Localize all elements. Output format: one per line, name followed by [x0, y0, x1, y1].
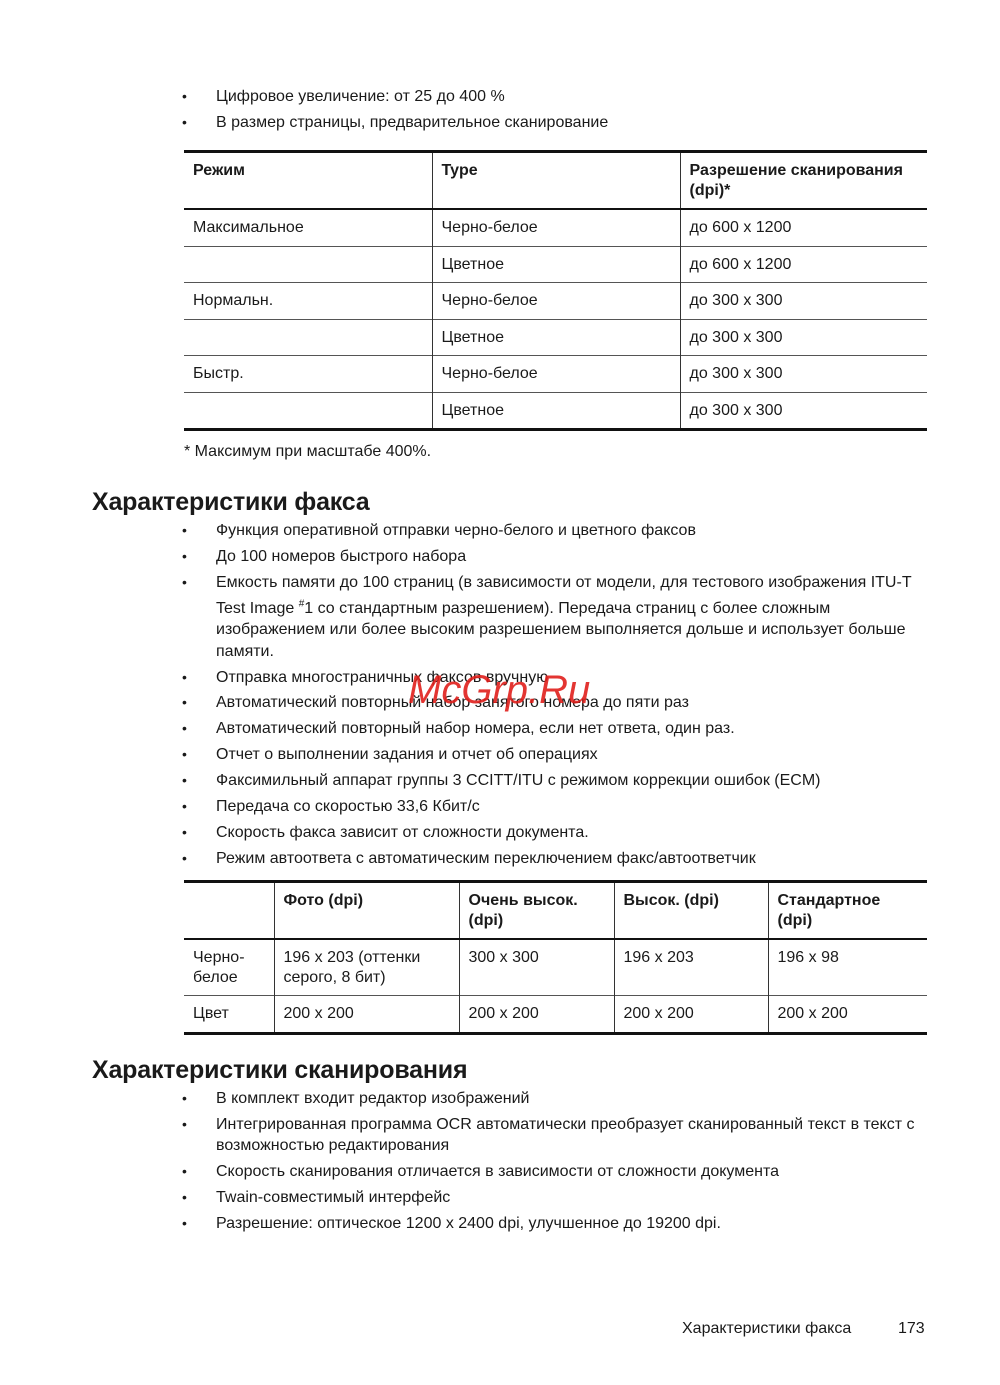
table-cell: Черно-белое [432, 356, 680, 393]
table-cell: до 300 x 300 [680, 283, 927, 320]
copy-resolution-table: Режим Type Разрешение сканирования (dpi)… [184, 150, 927, 431]
list-item: •До 100 номеров быстрого набора [0, 546, 936, 568]
table-cell: Черно-белое [432, 283, 680, 320]
column-header: Разрешение сканирования (dpi)* [680, 152, 927, 210]
bullet-icon: • [182, 1187, 187, 1209]
bullet-icon: • [182, 520, 187, 542]
section-title-scan: Характеристики сканирования [92, 1056, 467, 1085]
table-cell: Нормальн. [184, 283, 432, 320]
bullet-icon: • [182, 822, 187, 844]
list-item: •Интегрированная программа OCR автоматич… [0, 1114, 936, 1157]
table-cell: Черно-белое [184, 939, 274, 996]
list-item: •Скорость факса зависит от сложности док… [0, 822, 936, 844]
table-cell: 200 x 200 [614, 996, 768, 1034]
table-row: Быстр.Черно-белоедо 300 x 300 [184, 356, 927, 393]
table-row: Цвет200 x 200200 x 200200 x 200200 x 200 [184, 996, 927, 1034]
table-cell [184, 392, 432, 430]
table-row: Цветноедо 300 x 300 [184, 319, 927, 356]
bullet-icon: • [182, 770, 187, 792]
column-header [184, 882, 274, 940]
table-cell: 196 x 203 [614, 939, 768, 996]
table-cell: 196 x 203 (оттенки серого, 8 бит) [274, 939, 459, 996]
bullet-icon: • [182, 1161, 187, 1183]
column-header: Стандартное (dpi) [768, 882, 927, 940]
scan-bullet-list: •В комплект входит редактор изображений•… [0, 1088, 936, 1239]
column-header: Очень высок. (dpi) [459, 882, 614, 940]
bullet-icon: • [182, 572, 187, 594]
table-row: Цветноедо 300 x 300 [184, 392, 927, 430]
table-row: МаксимальноеЧерно-белоедо 600 x 1200 [184, 209, 927, 246]
table-header-row: Режим Type Разрешение сканирования (dpi)… [184, 152, 927, 210]
list-item: •Емкость памяти до 100 страниц (в зависи… [0, 572, 936, 662]
page-number: 173 [898, 1320, 925, 1338]
list-item: •Факсимильный аппарат группы 3 CCITT/ITU… [0, 770, 936, 792]
bullet-icon: • [182, 112, 187, 134]
table-cell: Черно-белое [432, 209, 680, 246]
bullet-icon: • [182, 848, 187, 870]
table-cell: Цвет [184, 996, 274, 1034]
column-header: Режим [184, 152, 432, 210]
footer-section-name: Характеристики факса [682, 1320, 851, 1338]
table-cell: до 300 x 300 [680, 392, 927, 430]
bullet-icon: • [182, 1114, 187, 1136]
bullet-icon: • [182, 546, 187, 568]
column-header: Фото (dpi) [274, 882, 459, 940]
table-cell: до 300 x 300 [680, 319, 927, 356]
table-cell: 196 x 98 [768, 939, 927, 996]
list-item: •Передача со скоростью 33,6 Кбит/с [0, 796, 936, 818]
list-item: •Цифровое увеличение: от 25 до 400 % [0, 86, 936, 108]
list-item: •Режим автоответа с автоматическим перек… [0, 848, 936, 870]
bullet-icon: • [182, 1088, 187, 1110]
table-cell: Цветное [432, 246, 680, 283]
column-header: Высок. (dpi) [614, 882, 768, 940]
list-item: •Автоматический повторный набор номера, … [0, 718, 936, 740]
table-cell: до 600 x 1200 [680, 209, 927, 246]
table-footnote: * Максимум при масштабе 400%. [184, 443, 431, 461]
table-cell: 200 x 200 [768, 996, 927, 1034]
list-item: •В комплект входит редактор изображений [0, 1088, 936, 1110]
bullet-icon: • [182, 692, 187, 714]
bullet-icon: • [182, 718, 187, 740]
bullet-icon: • [182, 86, 187, 108]
table-row: Черно-белое196 x 203 (оттенки серого, 8 … [184, 939, 927, 996]
bullet-icon: • [182, 796, 187, 818]
bullet-icon: • [182, 744, 187, 766]
table-cell: до 600 x 1200 [680, 246, 927, 283]
table-cell: Быстр. [184, 356, 432, 393]
table-cell: 200 x 200 [274, 996, 459, 1034]
list-item: •Отчет о выполнении задания и отчет об о… [0, 744, 936, 766]
list-item: •В размер страницы, предварительное скан… [0, 112, 936, 134]
list-item: •Twain-совместимый интерфейс [0, 1187, 936, 1209]
fax-resolution-table: Фото (dpi)Очень высок. (dpi)Высок. (dpi)… [184, 880, 927, 1035]
list-item: •Разрешение: оптическое 1200 x 2400 dpi,… [0, 1213, 936, 1235]
intro-bullet-list: •Цифровое увеличение: от 25 до 400 % •В … [0, 86, 936, 138]
table-cell: Цветное [432, 392, 680, 430]
table-cell: до 300 x 300 [680, 356, 927, 393]
table-cell: 300 x 300 [459, 939, 614, 996]
table-header-row: Фото (dpi)Очень высок. (dpi)Высок. (dpi)… [184, 882, 927, 940]
bullet-icon: • [182, 667, 187, 689]
watermark: McGrp.Ru [408, 668, 590, 713]
section-title-fax: Характеристики факса [92, 488, 369, 517]
table-cell: Максимальное [184, 209, 432, 246]
table-cell [184, 246, 432, 283]
table-cell: 200 x 200 [459, 996, 614, 1034]
table-row: Нормальн.Черно-белоедо 300 x 300 [184, 283, 927, 320]
table-cell: Цветное [432, 319, 680, 356]
column-header: Type [432, 152, 680, 210]
bullet-icon: • [182, 1213, 187, 1235]
list-item: •Скорость сканирования отличается в зави… [0, 1161, 936, 1183]
table-cell [184, 319, 432, 356]
list-item: •Функция оперативной отправки черно-бело… [0, 520, 936, 542]
table-row: Цветноедо 600 x 1200 [184, 246, 927, 283]
